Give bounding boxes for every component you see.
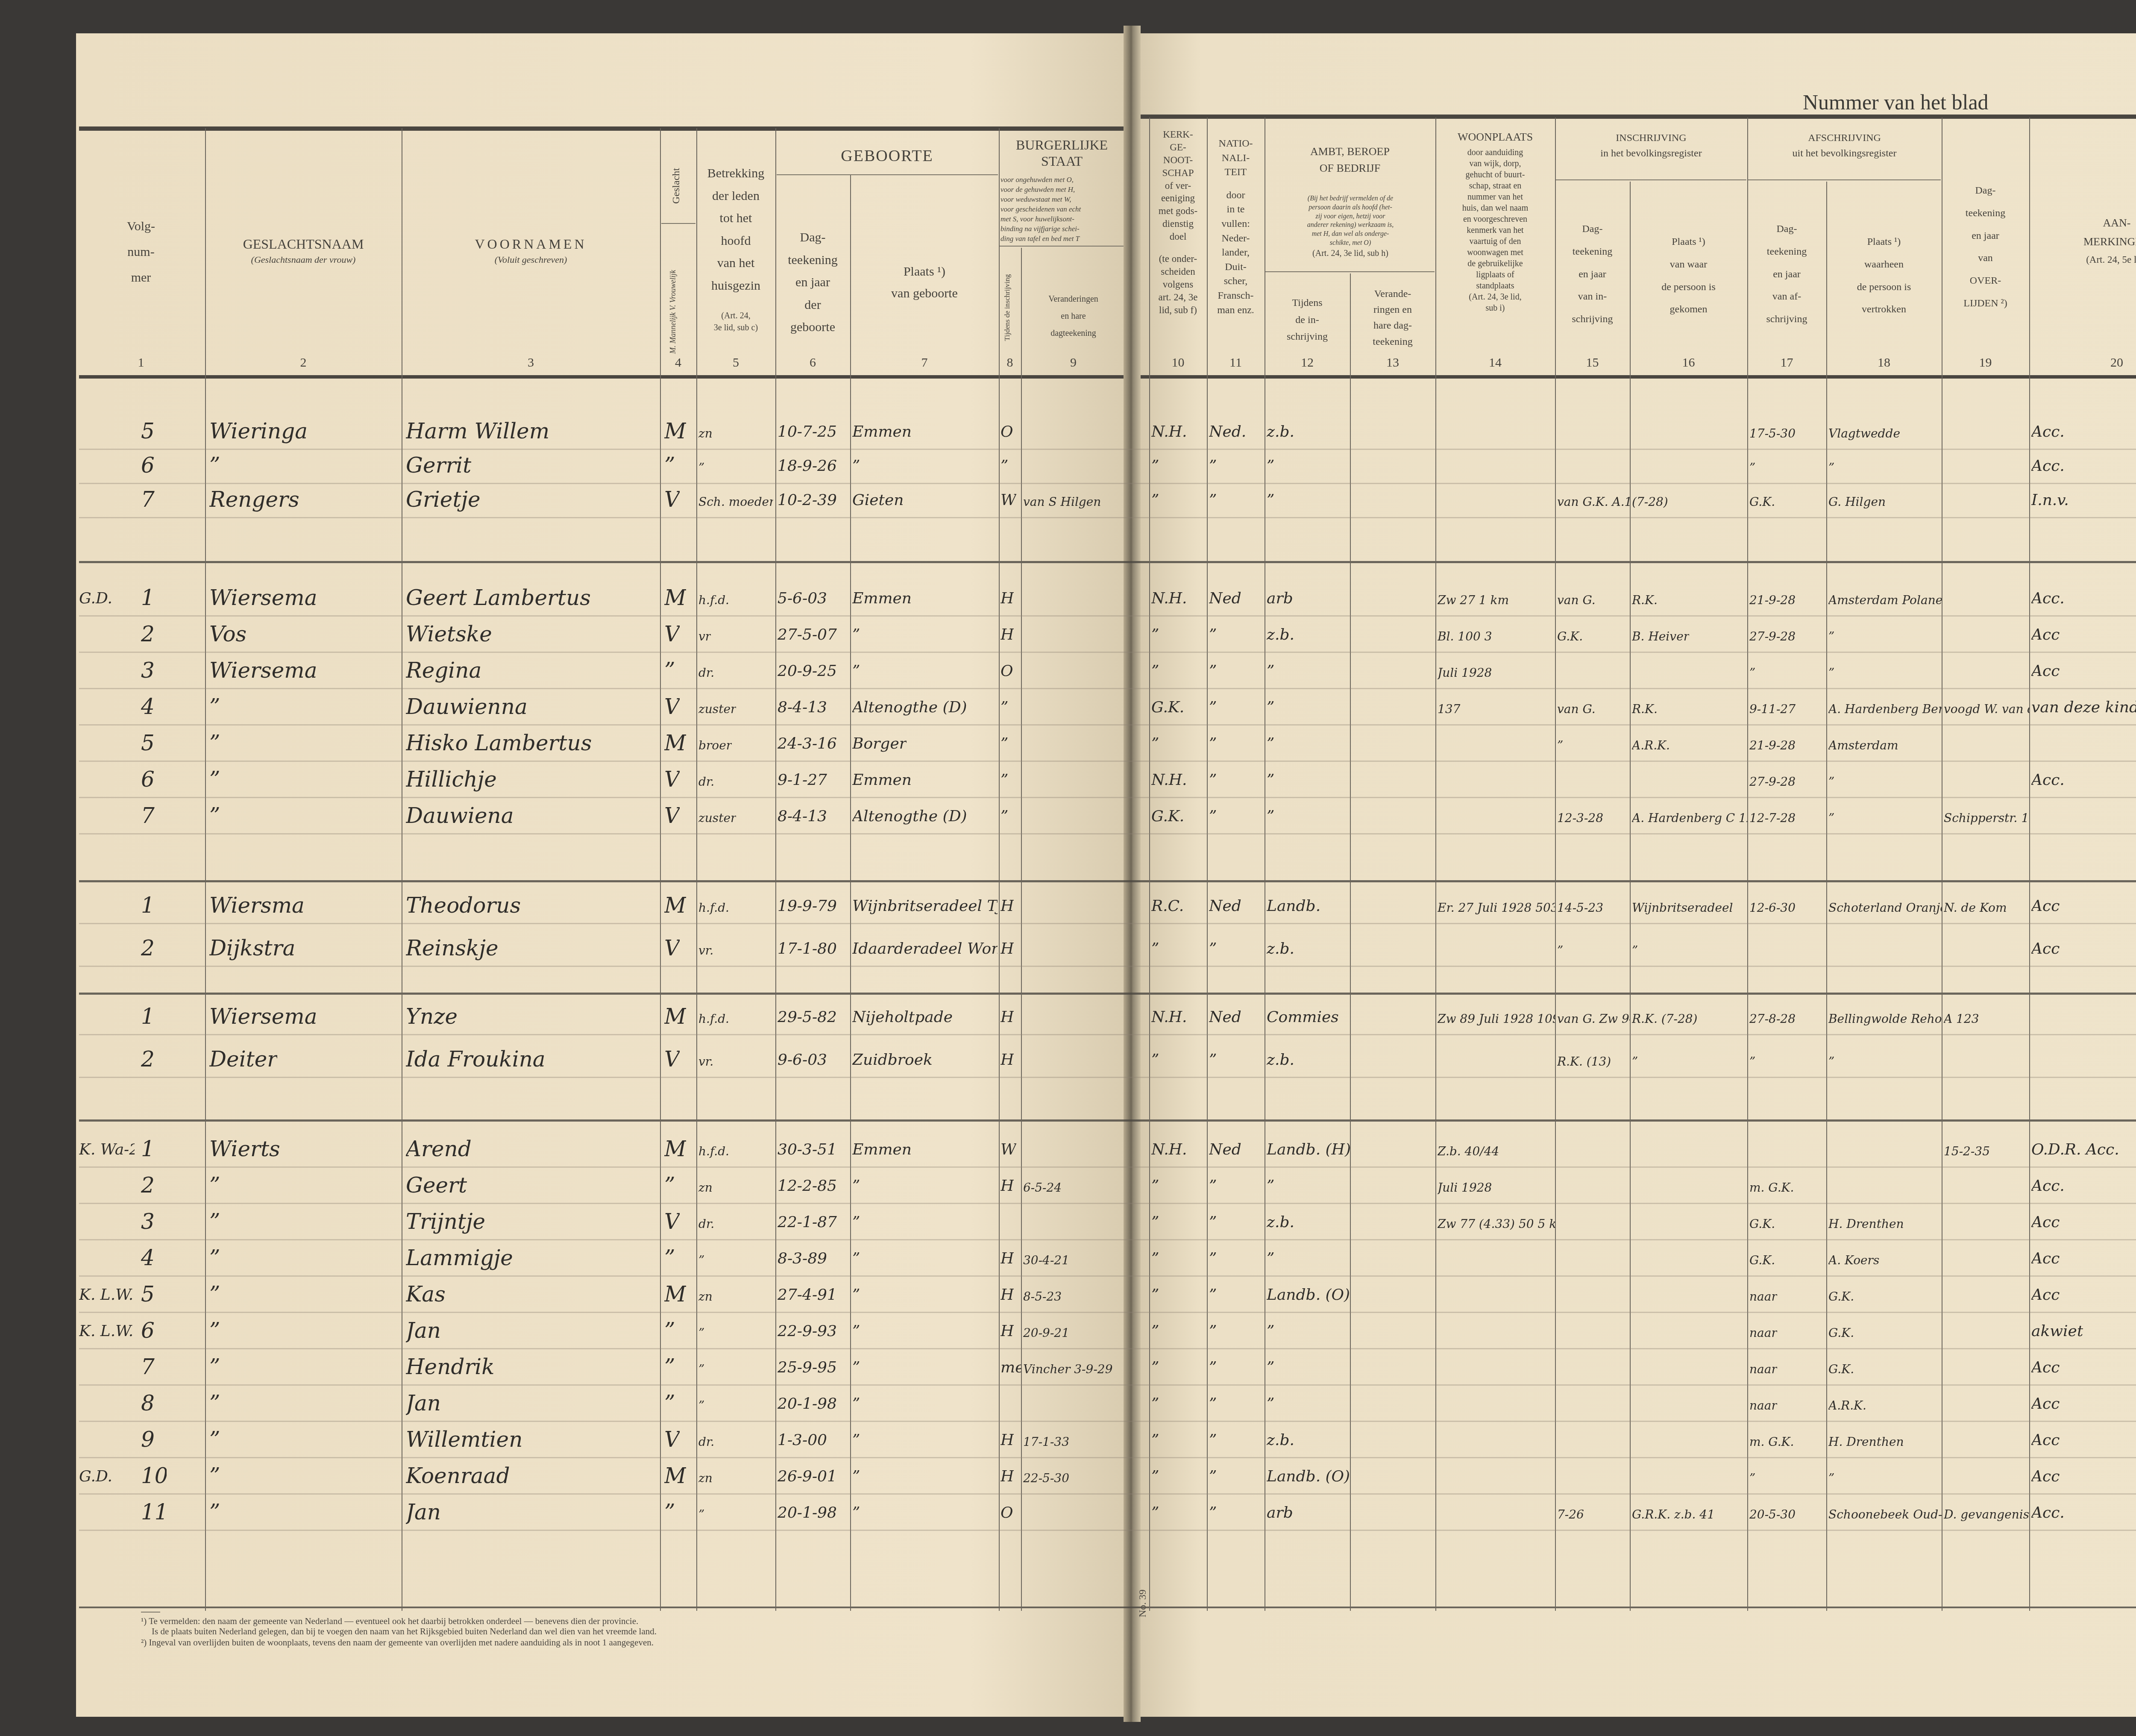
col-divider bbox=[2029, 117, 2030, 1611]
cell-address: Juli 1928 bbox=[1438, 666, 1492, 680]
ruled-line bbox=[79, 449, 2136, 450]
cell-civil: H bbox=[1001, 1008, 1014, 1026]
cell-civil: ” bbox=[1001, 457, 1008, 475]
cell-sex: V bbox=[664, 487, 680, 512]
cell-remarks: Acc. bbox=[2031, 1177, 2065, 1195]
cell-sex: ” bbox=[664, 1173, 675, 1198]
cell-given: Willemtien bbox=[406, 1427, 522, 1452]
cell-af-date: 17-5-30 bbox=[1749, 426, 1796, 441]
cell-remarks: Acc bbox=[2031, 1213, 2060, 1231]
cell-ins-date: 7-26 bbox=[1557, 1507, 1584, 1522]
cell-af-date: 27-8-28 bbox=[1749, 1012, 1796, 1026]
cell-ins-date: van G. Zw 94 bbox=[1557, 1012, 1630, 1026]
cell-occ: ” bbox=[1267, 1250, 1274, 1267]
cell-given: Hillichje bbox=[406, 767, 497, 792]
cell-nat: ” bbox=[1209, 1250, 1217, 1267]
cell-occ: ” bbox=[1267, 457, 1274, 475]
cell-surname: Wiersema bbox=[209, 658, 317, 683]
cell-sex: M bbox=[664, 585, 686, 610]
cell-remarks: Acc bbox=[2031, 897, 2060, 915]
cell-surname: Wieringa bbox=[209, 419, 308, 444]
col-no: 13 bbox=[1350, 355, 1435, 370]
cell-occ: z.b. bbox=[1267, 940, 1294, 958]
cell-occ: ” bbox=[1267, 1359, 1274, 1376]
header-ambt-tijdens: Tijdens de in- schrijving bbox=[1265, 295, 1350, 346]
cell-af-date: G.K. bbox=[1749, 1217, 1775, 1231]
cell-birth-date: 10-2-39 bbox=[778, 491, 837, 509]
cell-given: Koenraad bbox=[406, 1463, 510, 1488]
header-volgnummer: Volg- num- mer bbox=[77, 214, 205, 291]
cell-church: R.C. bbox=[1151, 897, 1184, 915]
cell-rel: dr. bbox=[698, 1217, 714, 1231]
cell-nr: 2 bbox=[141, 1173, 155, 1198]
cell-surname: ” bbox=[209, 1282, 220, 1307]
cell-af-to: ” bbox=[1828, 629, 1834, 643]
cell-nat: ” bbox=[1209, 491, 1217, 509]
cell-af-date: m. G.K. bbox=[1749, 1435, 1794, 1449]
group-rule-inschrijving bbox=[1556, 179, 1746, 180]
cell-ins-date: van G.K. A.177 km bbox=[1557, 495, 1630, 509]
cell-birth-place: Emmen bbox=[852, 771, 912, 789]
cell-birth-date: 9-1-27 bbox=[778, 771, 827, 789]
cell-remarks: Acc. bbox=[2031, 1504, 2065, 1522]
col-divider bbox=[205, 128, 206, 1611]
cell-birth-place: Wijnbritseradeel Tjum bbox=[852, 897, 998, 915]
household-separator bbox=[79, 1119, 2136, 1122]
cell-church: ” bbox=[1151, 940, 1159, 958]
cell-surname: ” bbox=[209, 767, 220, 792]
cell-rel: zn bbox=[698, 426, 713, 441]
cell-nr: 6 bbox=[141, 1318, 155, 1343]
col-no: 14 bbox=[1435, 355, 1555, 370]
cell-civil: H bbox=[1001, 1250, 1014, 1267]
ruled-line bbox=[79, 1530, 2136, 1531]
cell-ins-from: B. Heiver bbox=[1632, 629, 1689, 643]
ruled-line bbox=[79, 1312, 2136, 1313]
header-aanmerkingen: AAN- MERKINGEN (Art. 24, 5e lid) bbox=[2029, 214, 2136, 268]
cell-sex: M bbox=[664, 731, 686, 755]
cell-given: Reinskje bbox=[406, 936, 498, 961]
cell-civil: ” bbox=[1001, 808, 1008, 825]
cell-surname: ” bbox=[209, 803, 220, 828]
cell-rel: dr. bbox=[698, 775, 714, 789]
cell-civil: H bbox=[1001, 626, 1014, 643]
cell-af-date: 27-9-28 bbox=[1749, 775, 1796, 789]
cell-civil: H bbox=[1001, 1286, 1014, 1304]
col-no: 18 bbox=[1826, 355, 1942, 370]
cell-rel: dr. bbox=[698, 1435, 714, 1449]
cell-church: ” bbox=[1151, 1431, 1159, 1449]
cell-rel: broer bbox=[698, 738, 732, 752]
cell-ins-from: R.K. bbox=[1632, 702, 1658, 716]
cell-nr: 1 bbox=[141, 893, 155, 918]
cell-sex: V bbox=[664, 767, 680, 792]
col-no: 11 bbox=[1207, 355, 1265, 370]
book-spine bbox=[1124, 26, 1141, 1722]
cell-nr: 1 bbox=[141, 585, 155, 610]
ruled-line bbox=[79, 615, 2136, 617]
cell-af-date: 27-9-28 bbox=[1749, 629, 1796, 643]
cell-rel: vr. bbox=[698, 1055, 713, 1069]
cell-nr: 3 bbox=[141, 658, 155, 683]
cell-surname: ” bbox=[209, 731, 220, 755]
cell-occ: ” bbox=[1267, 1395, 1274, 1413]
cell-surname: ” bbox=[209, 1391, 220, 1416]
col-divider bbox=[1942, 117, 1942, 1611]
cell-civil-change: 22-5-30 bbox=[1023, 1471, 1069, 1485]
cell-birth-date: 25-9-95 bbox=[778, 1359, 837, 1376]
cell-church: ” bbox=[1151, 1213, 1159, 1231]
group-rule-geslacht bbox=[661, 223, 695, 224]
cell-af-date: naar bbox=[1749, 1398, 1777, 1413]
cell-given: Jan bbox=[406, 1391, 441, 1416]
header-ins-dag: Dag- teekening en jaar van in- schrijvin… bbox=[1555, 218, 1630, 331]
cell-birth-date: 5-6-03 bbox=[778, 590, 827, 607]
cell-surname: ” bbox=[209, 453, 220, 478]
cell-church: ” bbox=[1151, 1051, 1159, 1069]
cell-remarks: Acc. bbox=[2031, 423, 2065, 441]
header-top-rule-right bbox=[1141, 115, 2136, 119]
cell-birth-place: ” bbox=[852, 1250, 860, 1267]
cell-surname: ” bbox=[209, 1318, 220, 1343]
cell-af-to: Vlagtwedde bbox=[1828, 426, 1900, 441]
cell-address: Zw 89 Juli 1928 109 bbox=[1438, 1012, 1555, 1026]
cell-death: A 123 bbox=[1944, 1012, 1979, 1026]
cell-sex: ” bbox=[664, 658, 675, 683]
cell-nat: ” bbox=[1209, 1213, 1217, 1231]
col-divider bbox=[1555, 117, 1556, 1611]
cell-birth-date: 8-4-13 bbox=[778, 699, 827, 716]
cell-af-to: A.R.K. bbox=[1828, 1398, 1866, 1413]
cell-given: Arend bbox=[406, 1137, 472, 1161]
cell-church: ” bbox=[1151, 1177, 1159, 1195]
cell-ins-date: 14-5-23 bbox=[1557, 901, 1603, 915]
cell-birth-place: Nijeholtpade bbox=[852, 1008, 953, 1026]
cell-nat: Ned. bbox=[1209, 423, 1246, 441]
cell-remarks: Acc bbox=[2031, 1468, 2060, 1485]
cell-civil: H bbox=[1001, 1322, 1014, 1340]
cell-occ: ” bbox=[1267, 662, 1274, 680]
cell-ins-from: ” bbox=[1632, 1055, 1638, 1069]
col-no: 7 bbox=[850, 355, 999, 370]
cell-given: Hendrik bbox=[406, 1354, 495, 1379]
cell-ins-from: G.R.K. z.b. 41 bbox=[1632, 1507, 1715, 1522]
header-bottom-rule-left bbox=[79, 375, 1124, 379]
cell-given: Jan bbox=[406, 1500, 441, 1525]
table-bottom-rule bbox=[79, 1607, 2136, 1608]
cell-margin: G.D. bbox=[79, 1468, 112, 1485]
cell-nr: 6 bbox=[141, 767, 155, 792]
cell-af-to: ” bbox=[1828, 775, 1834, 789]
sheet-number-label: Nummer van het blad bbox=[1803, 90, 1989, 115]
cell-civil: H bbox=[1001, 1431, 1014, 1449]
ruled-line bbox=[79, 1275, 2136, 1277]
cell-church: G.K. bbox=[1151, 808, 1184, 825]
cell-sex: ” bbox=[664, 1391, 675, 1416]
header-afschrijving: AFSCHRIJVING uit het bevolkingsregister bbox=[1747, 130, 1942, 161]
cell-occ: z.b. bbox=[1267, 1051, 1294, 1069]
cell-civil-change: van S Hilgen bbox=[1023, 495, 1101, 509]
cell-church: ” bbox=[1151, 1395, 1159, 1413]
ruled-line bbox=[79, 1077, 2136, 1078]
cell-church: N.H. bbox=[1151, 423, 1187, 441]
header-ambt-veranderingen: Verande- ringen en hare dag- teekening bbox=[1350, 286, 1435, 350]
cell-sex: M bbox=[664, 1137, 686, 1161]
group-rule-ambt bbox=[1265, 271, 1435, 272]
cell-given: Geert Lambertus bbox=[406, 585, 591, 610]
cell-surname: Wiersma bbox=[209, 893, 305, 918]
cell-sex: ” bbox=[664, 1245, 675, 1270]
cell-birth-date: 19-9-79 bbox=[778, 897, 837, 915]
cell-occ: ” bbox=[1267, 771, 1274, 789]
col-divider bbox=[696, 128, 697, 1611]
cell-occ: Landb. (H) bbox=[1267, 1141, 1350, 1158]
cell-sex: V bbox=[664, 936, 680, 961]
cell-sex: V bbox=[664, 803, 680, 828]
col-divider bbox=[1630, 182, 1631, 1611]
footnote-rule bbox=[141, 1612, 160, 1613]
cell-death: D. gevangenis bbox=[1944, 1507, 2029, 1522]
cell-nat: ” bbox=[1209, 1468, 1217, 1485]
group-rule-burgerlijke bbox=[1000, 246, 1124, 247]
cell-af-to: A. Hardenberg Bergentheim bbox=[1828, 702, 1942, 716]
ruled-line bbox=[79, 483, 2136, 484]
cell-ins-from: Wijnbritseradeel bbox=[1632, 901, 1733, 915]
cell-church: G.K. bbox=[1151, 699, 1184, 716]
cell-address: Zw 27 1 km bbox=[1438, 593, 1509, 607]
cell-rel: zn bbox=[698, 1181, 713, 1195]
cell-occ: z.b. bbox=[1267, 1431, 1294, 1449]
cell-civil: H bbox=[1001, 1051, 1014, 1069]
cell-ins-date: R.K. (13) bbox=[1557, 1055, 1611, 1069]
cell-birth-place: ” bbox=[852, 1395, 860, 1413]
cell-ins-date: van G. bbox=[1557, 702, 1596, 716]
cell-civil: H bbox=[1001, 940, 1014, 958]
cell-rel: h.f.d. bbox=[698, 593, 729, 607]
ruled-line bbox=[79, 1034, 2136, 1035]
cell-occ: arb bbox=[1267, 1504, 1293, 1522]
cell-birth-place: Altenogthe (D) bbox=[852, 699, 967, 716]
cell-birth-date: 24-3-16 bbox=[778, 735, 837, 752]
cell-occ: arb bbox=[1267, 590, 1293, 607]
cell-sex: M bbox=[664, 1463, 686, 1488]
cell-occ: Landb. (O) bbox=[1267, 1468, 1350, 1485]
cell-remarks: I.n.v. bbox=[2031, 491, 2069, 509]
cell-remarks: akwiet bbox=[2031, 1322, 2083, 1340]
header-nationaliteit: NATIO- NALI- TEIT door in te vullen: Ned… bbox=[1207, 137, 1265, 317]
cell-surname: Dijkstra bbox=[209, 936, 295, 961]
cell-birth-date: 12-2-85 bbox=[778, 1177, 837, 1195]
cell-nat: ” bbox=[1209, 1431, 1217, 1449]
cell-given: Kas bbox=[406, 1282, 446, 1307]
ruled-line bbox=[79, 1493, 2136, 1495]
cell-remarks: Acc bbox=[2031, 626, 2060, 643]
cell-sex: M bbox=[664, 1004, 686, 1029]
cell-address: Z.b. 40/44 bbox=[1438, 1144, 1499, 1158]
cell-sex: ” bbox=[664, 1318, 675, 1343]
cell-surname: Deiter bbox=[209, 1047, 277, 1072]
cell-civil: H bbox=[1001, 590, 1014, 607]
cell-nat: ” bbox=[1209, 808, 1217, 825]
header-ambt-note: (Bij het bedrijf vermelden of de persoon… bbox=[1267, 194, 1434, 259]
cell-remarks: Acc. bbox=[2031, 771, 2065, 789]
cell-civil: O bbox=[1001, 662, 1013, 680]
cell-civil-change: 6-5-24 bbox=[1023, 1181, 1062, 1195]
header-bs-tijdens: Tijdens de inschrijving bbox=[1003, 265, 1012, 350]
header-geboorte-plaats: Plaats ¹) van geboorte bbox=[850, 261, 999, 304]
cell-af-date: 21-9-28 bbox=[1749, 738, 1796, 752]
cell-nat: Ned bbox=[1209, 897, 1241, 915]
ruled-line bbox=[79, 688, 2136, 689]
col-no: 17 bbox=[1747, 355, 1826, 370]
cell-church: ” bbox=[1151, 1468, 1159, 1485]
cell-af-to: H. Drenthen bbox=[1828, 1435, 1904, 1449]
col-divider bbox=[775, 128, 776, 1611]
cell-civil: O bbox=[1001, 1504, 1013, 1522]
ruled-line bbox=[79, 1384, 2136, 1386]
cell-occ: z.b. bbox=[1267, 1213, 1294, 1231]
cell-birth-place: ” bbox=[852, 1213, 860, 1231]
cell-birth-place: ” bbox=[852, 1504, 860, 1522]
cell-remarks: Acc. bbox=[2031, 457, 2065, 475]
cell-nr: 2 bbox=[141, 936, 155, 961]
ruled-line bbox=[79, 1239, 2136, 1240]
cell-given: Jan bbox=[406, 1318, 441, 1343]
cell-nr: 8 bbox=[141, 1391, 155, 1416]
ruled-line bbox=[79, 517, 2136, 518]
cell-church: ” bbox=[1151, 735, 1159, 752]
cell-nr: 5 bbox=[141, 731, 155, 755]
cell-nr: 7 bbox=[141, 1354, 155, 1379]
cell-given: Grietje bbox=[406, 487, 481, 512]
cell-church: ” bbox=[1151, 1250, 1159, 1267]
cell-address: 137 bbox=[1438, 702, 1460, 716]
cell-nat: ” bbox=[1209, 626, 1217, 643]
cell-sex: V bbox=[664, 1209, 680, 1234]
cell-af-to: H. Drenthen bbox=[1828, 1217, 1904, 1231]
cell-given: Theodorus bbox=[406, 893, 521, 918]
cell-ins-from: A. Hardenberg C 120 bbox=[1632, 811, 1747, 825]
cell-birth-place: Borger bbox=[852, 735, 907, 752]
cell-af-to: ” bbox=[1828, 811, 1834, 825]
cell-nr: 5 bbox=[141, 1282, 155, 1307]
ruled-line bbox=[79, 1457, 2136, 1458]
cell-church: ” bbox=[1151, 626, 1159, 643]
cell-rel: dr. bbox=[698, 666, 714, 680]
cell-sex: V bbox=[664, 694, 680, 719]
cell-birth-place: ” bbox=[852, 1468, 860, 1485]
ruled-line bbox=[79, 833, 2136, 834]
cell-surname: Vos bbox=[209, 622, 246, 646]
cell-address: Bl. 100 3 bbox=[1438, 629, 1492, 643]
cell-rel: ” bbox=[698, 461, 704, 475]
cell-af-to: Bellingwolde Rehobothweg bbox=[1828, 1012, 1942, 1026]
ruled-line bbox=[79, 1203, 2136, 1204]
col-divider bbox=[1350, 273, 1351, 1611]
cell-ins-date: G.K. bbox=[1557, 629, 1583, 643]
col-divider bbox=[999, 128, 1000, 1611]
cell-birth-date: 17-1-80 bbox=[778, 940, 837, 958]
footnote-1: ¹) Te vermelden: den naam der gemeente v… bbox=[141, 1616, 638, 1627]
col-no: 10 bbox=[1149, 355, 1207, 370]
cell-civil-change: 30-4-21 bbox=[1023, 1253, 1069, 1267]
cell-death: Schipperstr. 15 bbox=[1944, 811, 2029, 825]
ruled-line bbox=[79, 1166, 2136, 1168]
cell-rel: ” bbox=[698, 1362, 704, 1376]
cell-civil: W bbox=[1001, 1141, 1016, 1158]
cell-church: N.H. bbox=[1151, 1141, 1187, 1158]
cell-rel: Sch. moeder bbox=[698, 495, 773, 509]
cell-birth-place: Emmen bbox=[852, 590, 912, 607]
cell-af-date: ” bbox=[1749, 1055, 1755, 1069]
cell-rel: ” bbox=[698, 1253, 704, 1267]
cell-af-date: naar bbox=[1749, 1362, 1777, 1376]
cell-civil: met H.H / H bbox=[1001, 1359, 1021, 1376]
cell-af-date: 12-7-28 bbox=[1749, 811, 1796, 825]
cell-af-to: Amsterdam Polanenstr. 10 achter bbox=[1828, 593, 1942, 607]
header-bottom-rule-right bbox=[1141, 375, 2136, 379]
cell-nr: 11 bbox=[141, 1500, 167, 1525]
header-bs-veranderingen: Veranderingen en hare dagteekening bbox=[1021, 291, 1126, 342]
cell-af-to: ” bbox=[1828, 1055, 1834, 1069]
cell-surname: Wierts bbox=[209, 1137, 280, 1161]
cell-nat: ” bbox=[1209, 1395, 1217, 1413]
cell-given: Lammigje bbox=[406, 1245, 513, 1270]
household-separator bbox=[79, 561, 2136, 563]
ruled-line bbox=[79, 652, 2136, 653]
col-divider bbox=[1747, 117, 1748, 1611]
col-no: 9 bbox=[1021, 355, 1126, 370]
cell-af-date: naar bbox=[1749, 1326, 1777, 1340]
cell-nat: ” bbox=[1209, 771, 1217, 789]
form-number: No. 39 bbox=[1137, 1589, 1149, 1617]
cell-af-date: naar bbox=[1749, 1290, 1777, 1304]
cell-church: ” bbox=[1151, 491, 1159, 509]
cell-birth-date: 18-9-26 bbox=[778, 457, 837, 475]
cell-sex: V bbox=[664, 1047, 680, 1072]
cell-ins-from: R.K. bbox=[1632, 593, 1658, 607]
ruled-line bbox=[79, 923, 2136, 924]
cell-nr: 2 bbox=[141, 1047, 155, 1072]
cell-margin: K. Wa-2 bbox=[79, 1141, 135, 1158]
cell-af-date: ” bbox=[1749, 1471, 1755, 1485]
household-separator bbox=[79, 993, 2136, 995]
cell-birth-date: 27-4-91 bbox=[778, 1286, 837, 1304]
col-divider bbox=[850, 175, 851, 1611]
cell-birth-place: Emmen bbox=[852, 1141, 912, 1158]
cell-nr: 1 bbox=[141, 1137, 155, 1161]
cell-birth-date: 27-5-07 bbox=[778, 626, 837, 643]
cell-nat: ” bbox=[1209, 662, 1217, 680]
cell-af-to: Amsterdam bbox=[1828, 738, 1898, 752]
group-rule-afschrijving bbox=[1748, 179, 1941, 180]
cell-rel: ” bbox=[698, 1326, 704, 1340]
cell-sex: ” bbox=[664, 1500, 675, 1525]
cell-nat: ” bbox=[1209, 735, 1217, 752]
cell-af-to: ” bbox=[1828, 461, 1834, 475]
cell-af-to: G.K. bbox=[1828, 1362, 1854, 1376]
cell-af-date: 21-9-28 bbox=[1749, 593, 1796, 607]
cell-surname: ” bbox=[209, 1463, 220, 1488]
col-no: 2 bbox=[205, 355, 402, 370]
cell-margin: K. L.W. bbox=[79, 1286, 133, 1304]
cell-civil-change: 17-1-33 bbox=[1023, 1435, 1069, 1449]
cell-surname: Wiersema bbox=[209, 1004, 317, 1029]
cell-nr: 10 bbox=[141, 1463, 167, 1488]
header-geslacht: Geslacht bbox=[671, 150, 682, 222]
col-no: 4 bbox=[660, 355, 696, 370]
cell-remarks: Acc bbox=[2031, 662, 2060, 680]
